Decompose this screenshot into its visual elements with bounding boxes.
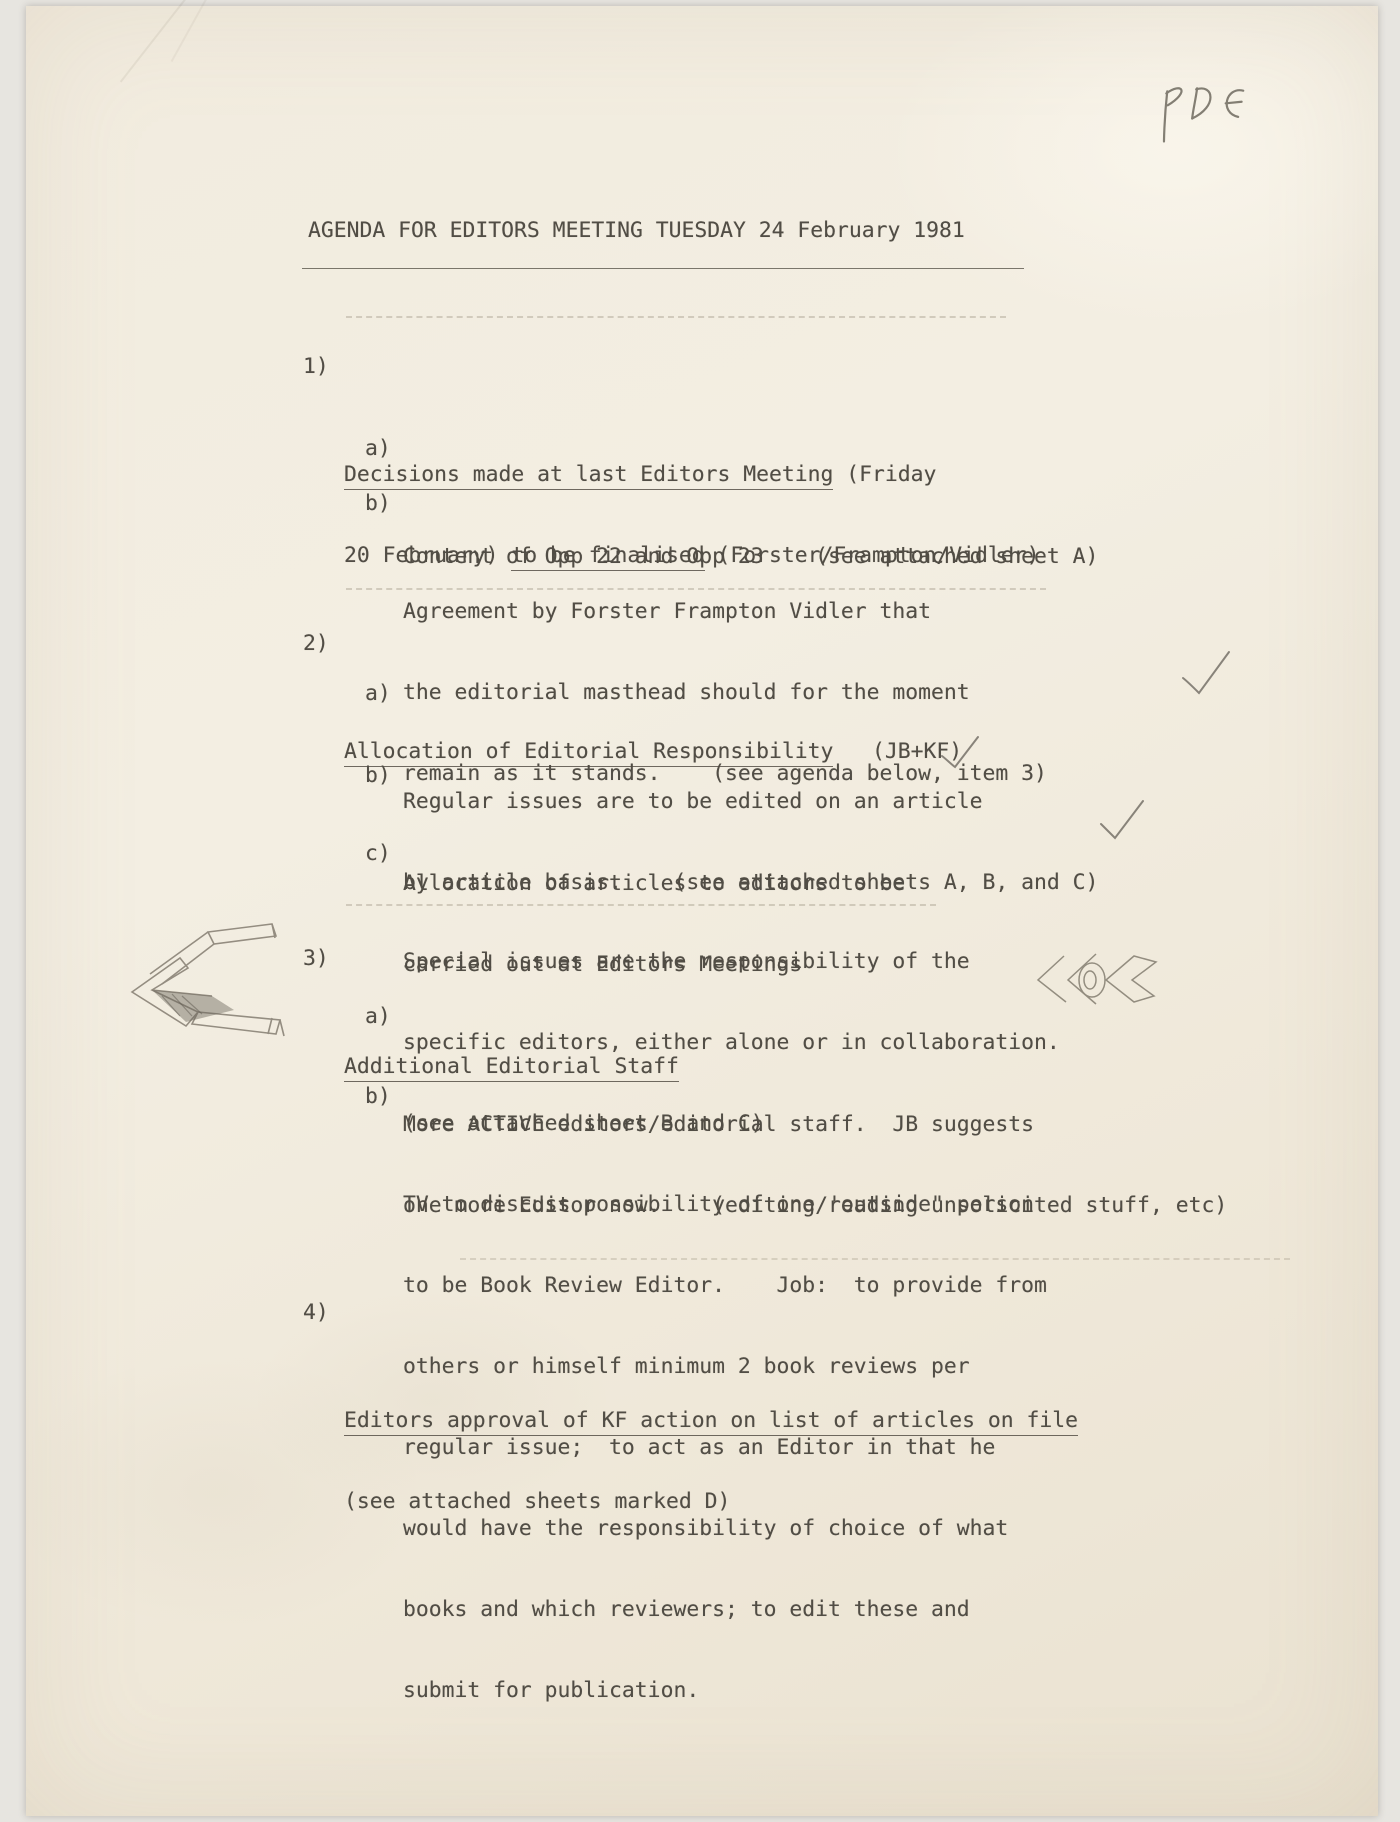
pencil-checkmark-icon xyxy=(938,733,982,771)
title-underline-rule xyxy=(302,268,1024,269)
sub-item-3b: b) TV to discuss possibility of one 'out… xyxy=(0,1056,1400,1137)
agenda-item-1: 1) Decisions made at last Editors Meetin… xyxy=(0,326,1400,407)
item-heading: Editors approval of KF action on list of… xyxy=(344,1353,1078,1569)
item-note: (see attached sheets marked D) xyxy=(344,1488,1078,1515)
item-number: 4) xyxy=(303,1299,329,1326)
handwritten-initials xyxy=(1156,78,1256,148)
sub-item-letter: a) xyxy=(365,680,391,707)
ghost-impression-line xyxy=(346,316,1006,318)
sub-item-2c: c) Special issues are the responsibility… xyxy=(0,813,1400,894)
sub-item-letter: c) xyxy=(365,840,391,867)
sub-item-3a: a) More ACTIVE editors/editorial staff. … xyxy=(0,976,1400,1057)
sub-item-1b: b) Agreement by Forster Frampton Vidler … xyxy=(0,463,1400,544)
pencil-checkmark-icon xyxy=(1096,796,1148,842)
sub-item-letter: b) xyxy=(365,490,391,517)
sub-item-letter: b) xyxy=(365,1083,391,1110)
sub-item-2b: b) Allocation of articles to editors to … xyxy=(0,735,1400,816)
sub-item-letter: a) xyxy=(365,1003,391,1030)
sub-item-letter: b) xyxy=(365,762,391,789)
item-number: 1) xyxy=(303,353,329,380)
sub-item-letter: a) xyxy=(365,435,391,462)
pencil-checkmark-icon xyxy=(1178,648,1234,696)
item-number: 3) xyxy=(303,945,329,972)
agenda-item-4: 4) Editors approval of KF action on list… xyxy=(0,1272,1400,1353)
pencil-arrow-doodle xyxy=(1034,946,1164,1012)
document-title: AGENDA FOR EDITORS MEETING TUESDAY 24 Fe… xyxy=(308,217,965,244)
scanned-document: { "annotations": { "corner_label": "PDE"… xyxy=(0,0,1400,1822)
